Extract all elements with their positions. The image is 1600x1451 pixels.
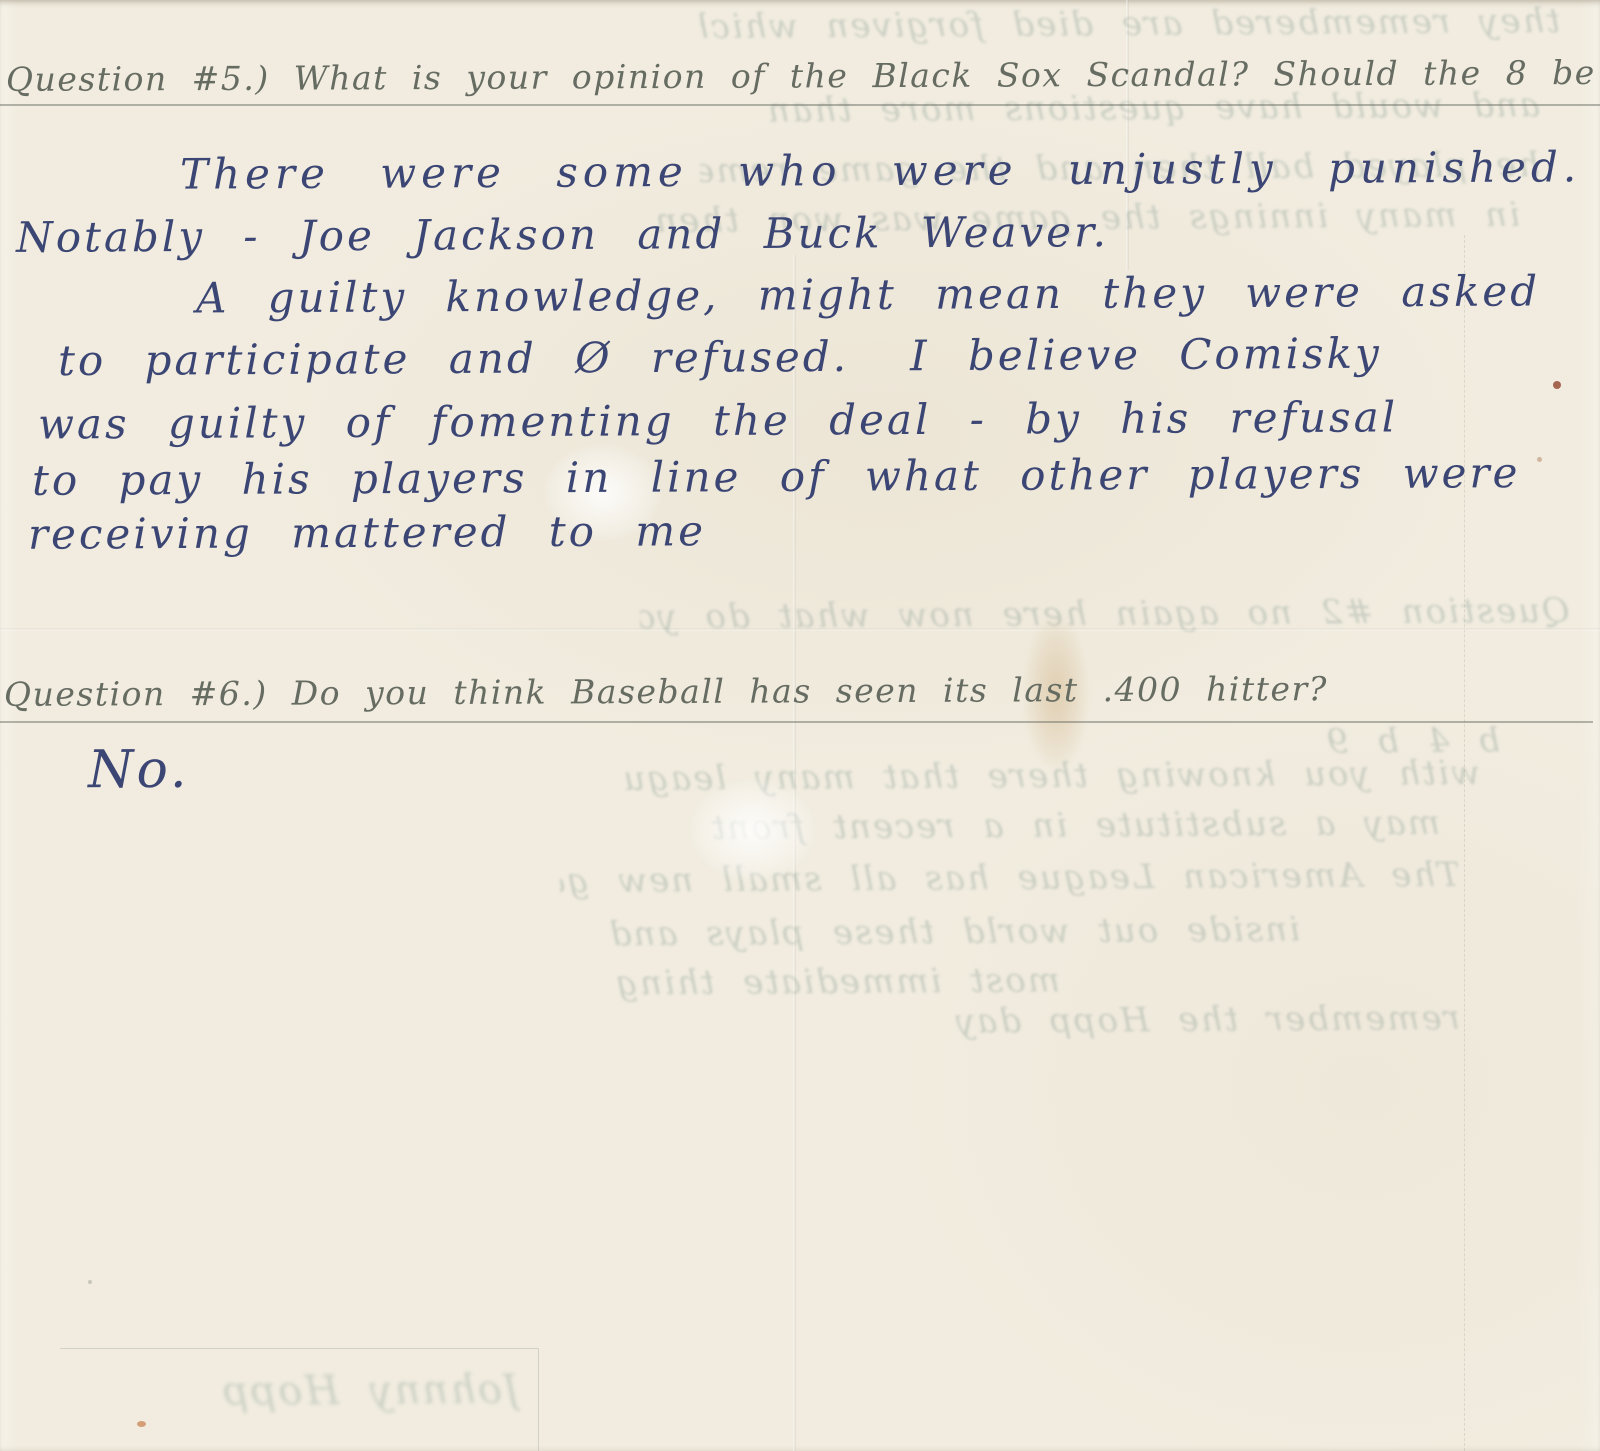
ghost-bleed-line: most immediate thing day — [600, 960, 1060, 1003]
fold-crease-right — [1464, 235, 1466, 1451]
question-6-text: Do you think Baseball has seen its last … — [292, 669, 1328, 713]
ink-speck — [137, 1421, 146, 1427]
answer-5-line-5: was guilty of fomenting the deal - by hi… — [38, 392, 1398, 448]
ghost-bleed-line: The American League has all small new ga… — [560, 855, 1460, 901]
answer-5-line-7: receiving mattered to me — [28, 506, 706, 559]
answer-5-line-3: A guilty knowledge, might mean they were… — [196, 266, 1540, 322]
answer-5-line-2: Notably - Joe Jackson and Buck Weaver. — [16, 207, 1109, 262]
ghost-bleed-line: they remembered are died forgiven which … — [700, 1, 1560, 47]
question-5-label: Question #5.) — [6, 59, 270, 99]
answer-6-line-1: No. — [88, 740, 190, 801]
answer-5-line-1: There were some who were unjustly punish… — [180, 142, 1581, 198]
question-5-underline — [0, 104, 1600, 106]
question-6-line: Question #6.) Do you think Baseball has … — [4, 669, 1328, 714]
ink-speck — [1537, 457, 1542, 462]
answer-5-line-4b: I believe Comisky — [910, 329, 1382, 380]
question-5-line: Question #5.) What is your opinion of th… — [6, 52, 1600, 99]
question-5-text: What is your opinion of the Black Sox Sc… — [294, 52, 1600, 98]
ghost-bleed-line: remember the Hopp day — [900, 998, 1460, 1042]
question-6-underline — [0, 721, 1593, 723]
question-6-label: Question #6.) — [4, 674, 268, 714]
ghost-bleed-line: Question #2 no again here now what do yo… — [640, 591, 1570, 637]
answer-5-line-4a: to participate and Ø refused. — [58, 332, 849, 385]
handwritten-letter-page: they remembered are died forgiven which … — [0, 0, 1600, 1451]
ink-speck — [88, 1280, 92, 1284]
abrasion-patch — [690, 780, 815, 880]
ghost-bleed-line: inside out world these plays and of winn… — [600, 910, 1300, 955]
answer-5-line-6: to pay his players in line of what other… — [32, 448, 1521, 505]
ink-speck — [1553, 381, 1561, 389]
ghost-signature: Johnny Hopp — [140, 1367, 520, 1416]
